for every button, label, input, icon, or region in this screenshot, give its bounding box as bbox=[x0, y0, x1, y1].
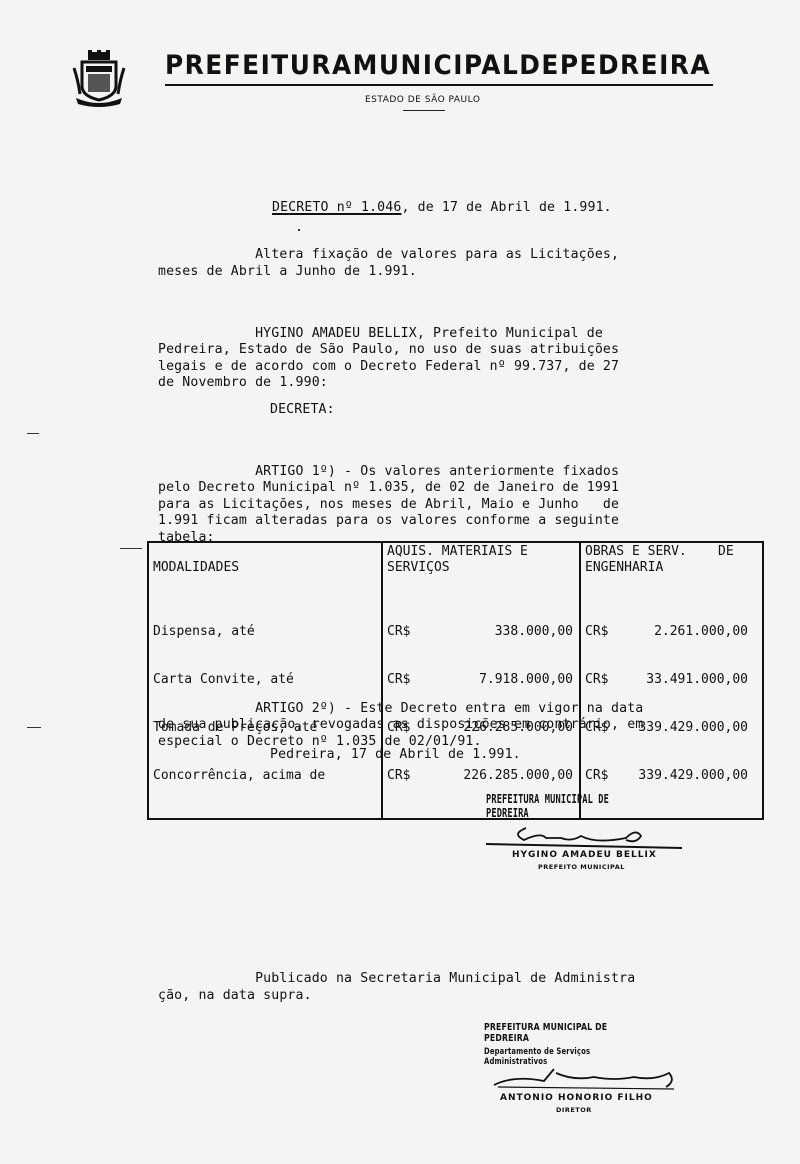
value: 33.491.000,00 bbox=[646, 672, 748, 688]
summary-line: Altera fixação de valores para as Licita… bbox=[158, 247, 619, 264]
values-table: MODALIDADES AQUIS. MATERIAIS E SERVIÇOS … bbox=[147, 541, 764, 820]
preamble-line: Pedreira, Estado de São Paulo, no uso de… bbox=[158, 342, 619, 359]
decreta-heading: DECRETA: bbox=[270, 402, 335, 419]
decree-date: , de 17 de Abril de 1.991. bbox=[401, 200, 611, 215]
scan-mark bbox=[27, 727, 41, 728]
article-2: ARTIGO 2º) - Este Decreto entra em vigor… bbox=[158, 684, 643, 750]
article-line: de sua publicação, revogadas as disposiç… bbox=[158, 717, 643, 734]
article-line: ARTIGO 2º) - Este Decreto entra em vigor… bbox=[158, 701, 643, 718]
decree-summary: Altera fixação de valores para as Licita… bbox=[158, 247, 619, 280]
value: 339.429.000,00 bbox=[638, 720, 748, 736]
currency: CR$ bbox=[585, 624, 608, 640]
page-title: PREFEITURA MUNICIPAL DE PEDREIRA bbox=[165, 50, 669, 81]
director-stamp: PREFEITURA MUNICIPAL DE PEDREIRA bbox=[484, 1022, 640, 1044]
mayor-name: HYGINO AMADEU BELLIX bbox=[512, 850, 686, 860]
header-obras: OBRAS E SERV. DE ENGENHARIA bbox=[580, 542, 763, 578]
article-line: 1.991 ficam alteradas para os valores co… bbox=[158, 513, 619, 530]
mayor-role: PREFEITO MUNICIPAL bbox=[538, 863, 686, 871]
preamble-line: legais e de acordo com o Decreto Federal… bbox=[158, 359, 619, 376]
mayor-stamp: PREFEITURA MUNICIPAL DE PEDREIRA bbox=[486, 792, 630, 820]
director-name: ANTONIO HONORIO FILHO bbox=[500, 1093, 684, 1103]
publication-note: Publicado na Secretaria Municipal de Adm… bbox=[158, 971, 635, 1004]
place-date: Pedreira, 17 de Abril de 1.991. bbox=[270, 747, 521, 764]
value: 226.285.000,00 bbox=[463, 768, 573, 784]
header-divider bbox=[165, 84, 713, 86]
director-department: Departamento de Serviços Administrativos bbox=[484, 1047, 636, 1067]
director-role: DIRETOR bbox=[556, 1106, 684, 1114]
decree-preamble: HYGINO AMADEU BELLIX, Prefeito Municipal… bbox=[158, 309, 619, 392]
title-word: PEDREIRA bbox=[560, 50, 711, 81]
value: 339.429.000,00 bbox=[638, 768, 748, 784]
currency: CR$ bbox=[387, 768, 410, 784]
publication-line: ção, na data supra. bbox=[158, 988, 635, 1005]
table-cell: CR$226.285.000,00 bbox=[387, 768, 573, 784]
header-materiais: AQUIS. MATERIAIS E SERVIÇOS bbox=[382, 542, 580, 578]
table-cell: CR$338.000,00 bbox=[387, 624, 573, 640]
mayor-signature-icon bbox=[486, 820, 686, 850]
director-signature-block: PREFEITURA MUNICIPAL DE PEDREIRA Departa… bbox=[484, 1022, 684, 1114]
header-subtitle: ESTADO DE SÃO PAULO bbox=[365, 95, 480, 105]
table-cell: CR$2.261.000,00 bbox=[585, 624, 748, 640]
title-word: MUNICIPAL bbox=[353, 50, 520, 81]
table-header-row: MODALIDADES AQUIS. MATERIAIS E SERVIÇOS … bbox=[148, 542, 763, 578]
article-line: pelo Decreto Municipal nº 1.035, de 02 d… bbox=[158, 480, 619, 497]
title-word: DE bbox=[519, 50, 560, 81]
mayor-signature-block: PREFEITURA MUNICIPAL DE PEDREIRA HYGINO … bbox=[486, 792, 686, 871]
decree-number: DECRETO nº 1.046 bbox=[272, 200, 401, 215]
value: 2.261.000,00 bbox=[654, 624, 748, 640]
article-line: para as Licitações, nos meses de Abril, … bbox=[158, 497, 619, 514]
director-signature-icon bbox=[484, 1067, 684, 1093]
decree-title: DECRETO nº 1.046, de 17 de Abril de 1.99… bbox=[272, 200, 612, 217]
preamble-line: HYGINO AMADEU BELLIX, Prefeito Municipal… bbox=[158, 326, 619, 343]
title-word: PREFEITURA bbox=[165, 50, 353, 81]
currency: CR$ bbox=[585, 768, 608, 784]
subtitle-divider bbox=[403, 110, 445, 111]
scan-mark bbox=[298, 229, 300, 231]
table-cell: Dispensa, até bbox=[153, 624, 379, 640]
preamble-line: de Novembro de 1.990: bbox=[158, 375, 619, 392]
scan-mark bbox=[120, 548, 142, 549]
header-modalidades: MODALIDADES bbox=[148, 542, 382, 578]
summary-line: meses de Abril a Junho de 1.991. bbox=[158, 264, 619, 281]
table-cell: Concorrência, acima de bbox=[153, 768, 379, 784]
publication-line: Publicado na Secretaria Municipal de Adm… bbox=[158, 971, 635, 988]
coat-of-arms-icon bbox=[70, 50, 128, 108]
scan-mark bbox=[27, 433, 39, 434]
value: 338.000,00 bbox=[495, 624, 573, 640]
currency: CR$ bbox=[387, 624, 410, 640]
article-1: ARTIGO 1º) - Os valores anteriormente fi… bbox=[158, 447, 619, 546]
article-line: ARTIGO 1º) - Os valores anteriormente fi… bbox=[158, 464, 619, 481]
table-cell: CR$339.429.000,00 bbox=[585, 768, 748, 784]
